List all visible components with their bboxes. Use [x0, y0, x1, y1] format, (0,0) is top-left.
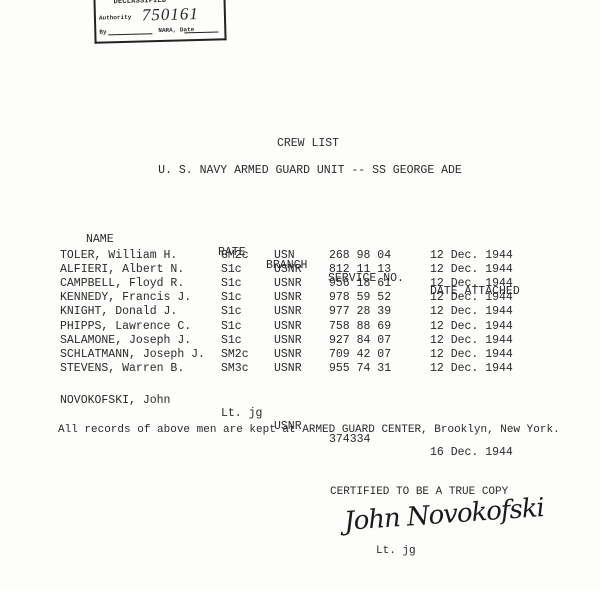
crew-branch: USN [274, 249, 295, 262]
crew-service-no: 978 59 52 [329, 291, 391, 304]
crew-date-attached: 12 Dec. 1944 [430, 348, 513, 361]
crew-rate: SM2c [221, 348, 249, 361]
crew-branch: USNR [274, 263, 302, 276]
crew-rate: GM2c [221, 249, 249, 262]
crew-date-attached: 12 Dec. 1944 [430, 362, 513, 375]
crew-name: SCHLATMANN, Joseph J. [60, 348, 205, 361]
declassified-stamp: DECLASSIFIED Authority 750161 By NARA, D… [93, 0, 226, 44]
crew-date-attached: 12 Dec. 1944 [430, 249, 513, 262]
crew-rate: S1c [221, 334, 242, 347]
crew-name: KENNEDY, Francis J. [60, 291, 191, 304]
crew-name: STEVENS, Warren B. [60, 362, 184, 375]
crew-rate: S1c [221, 277, 242, 290]
crew-branch: USNR [274, 277, 302, 290]
crew-rate: SM3c [221, 362, 249, 375]
stamp-authority-label: Authority [99, 14, 132, 22]
officer-name: NOVOKOFSKI, John [60, 394, 170, 407]
crew-branch: USNR [274, 348, 302, 361]
crew-name: ALFIERI, Albert N. [60, 263, 184, 276]
crew-branch: USNR [274, 305, 302, 318]
signature: John Novokofski [343, 493, 545, 537]
crew-branch: USNR [274, 334, 302, 347]
stamp-authority-number: 750161 [142, 4, 200, 25]
crew-service-no: 709 42 07 [329, 348, 391, 361]
crew-name: TOLER, William H. [60, 249, 177, 262]
records-note: All records of above men are kept at ARM… [58, 424, 560, 436]
crew-rate: S1c [221, 305, 242, 318]
crew-date-attached: 12 Dec. 1944 [430, 291, 513, 304]
crew-date-attached: 12 Dec. 1944 [430, 305, 513, 318]
crew-rate: S1c [221, 291, 242, 304]
signer-rank: Lt. jg [376, 545, 416, 557]
crew-date-attached: 12 Dec. 1944 [430, 320, 513, 333]
officer-rate: Lt. jg [221, 407, 262, 420]
crew-service-no: 758 88 69 [329, 320, 391, 333]
officer-date: 16 Dec. 1944 [430, 446, 513, 459]
crew-name: PHIPPS, Lawrence C. [60, 320, 191, 333]
crew-service-no: 977 28 39 [329, 305, 391, 318]
crew-service-no: 927 84 07 [329, 334, 391, 347]
document-subtitle: U. S. NAVY ARMED GUARD UNIT -- SS GEORGE… [10, 164, 600, 177]
document-title: CREW LIST [8, 137, 600, 150]
crew-service-no: 812 11 13 [329, 263, 391, 276]
stamp-by-label: By [99, 28, 106, 35]
crew-name: SALAMONE, Joseph J. [60, 334, 191, 347]
crew-date-attached: 12 Dec. 1944 [430, 263, 513, 276]
document-page: DECLASSIFIED Authority 750161 By NARA, D… [0, 0, 600, 591]
crew-branch: USNR [274, 362, 302, 375]
crew-rate: S1c [221, 320, 242, 333]
crew-name: KNIGHT, Donald J. [60, 305, 177, 318]
crew-rate: S1c [221, 263, 242, 276]
stamp-by-line [108, 33, 152, 35]
crew-service-no: 956 18 61 [329, 277, 391, 290]
crew-name: CAMPBELL, Floyd R. [60, 277, 184, 290]
crew-date-attached: 12 Dec. 1944 [430, 277, 513, 290]
crew-service-no: 268 98 04 [329, 249, 391, 262]
stamp-date-line [184, 31, 218, 33]
crew-branch: USNR [274, 320, 302, 333]
crew-service-no: 955 74 31 [329, 362, 391, 375]
certification-text: CERTIFIED TO BE A TRUE COPY [330, 486, 508, 498]
crew-branch: USNR [274, 291, 302, 304]
crew-date-attached: 12 Dec. 1944 [430, 334, 513, 347]
header-name: NAME [86, 233, 114, 246]
